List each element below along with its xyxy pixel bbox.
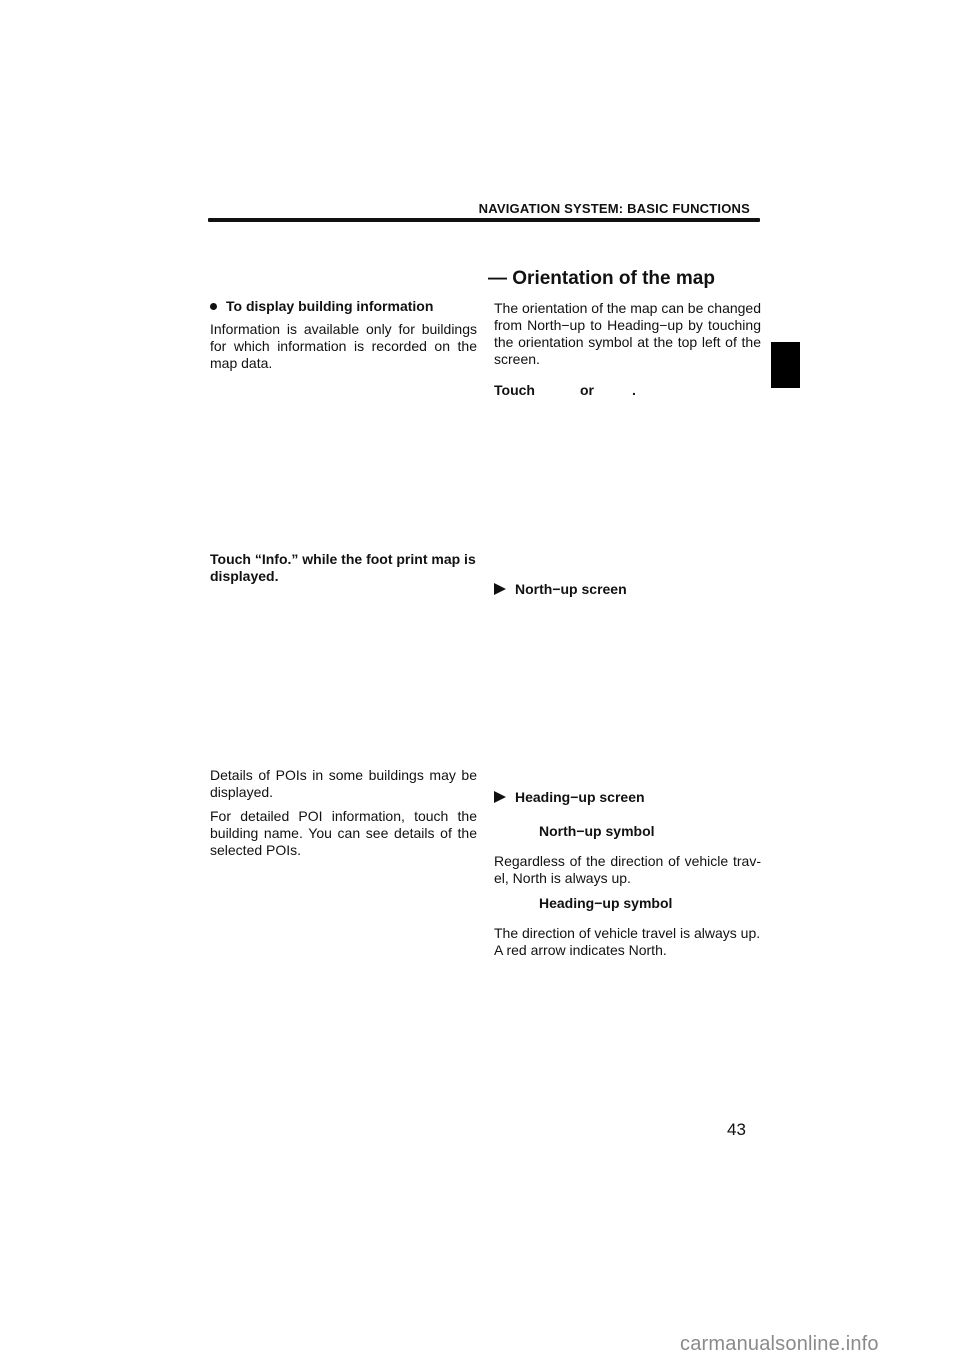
- heading-up-screen-label: Heading−up screen: [494, 789, 761, 806]
- triangle-bullet-icon: [494, 791, 506, 803]
- orientation-intro: The orientation of the map can be change…: [494, 300, 761, 368]
- info-instruction: Touch “Info.” while the foot print map i…: [210, 551, 477, 585]
- bullet-heading: To display building information: [210, 298, 477, 315]
- north-up-screen-text: North−up screen: [515, 581, 627, 597]
- north-up-screen-label: North−up screen: [494, 581, 761, 598]
- running-header: NAVIGATION SYSTEM: BASIC FUNCTIONS: [300, 201, 750, 216]
- heading-up-symbol-label: Heading−up symbol: [539, 895, 806, 912]
- section-title: — Orientation of the map: [488, 268, 715, 290]
- heading-up-description: The direction of vehicle travel is alway…: [494, 925, 761, 959]
- bullet-heading-text: To display building information: [226, 298, 433, 314]
- or-word: or: [580, 382, 632, 399]
- touch-instruction: Touchor.: [494, 382, 761, 399]
- building-info-intro: Information is available only for buildi…: [210, 321, 477, 372]
- page-number: 43: [727, 1120, 746, 1140]
- period: .: [632, 382, 636, 399]
- north-up-description: Regardless of the direction of vehicle t…: [494, 853, 761, 887]
- header-divider: [208, 218, 760, 222]
- bullet-icon: [210, 303, 217, 310]
- poi-details-note: Details of POIs in some buildings may be…: [210, 767, 477, 801]
- touch-word: Touch: [494, 382, 580, 399]
- north-up-symbol-label: North−up symbol: [539, 823, 806, 840]
- poi-detail-instruction: For detailed POI information, touch the …: [210, 808, 477, 859]
- triangle-bullet-icon: [494, 583, 506, 595]
- chapter-tab-marker: [771, 342, 800, 388]
- heading-up-screen-text: Heading−up screen: [515, 789, 645, 805]
- watermark-link[interactable]: carmanualsonline.info: [680, 1333, 879, 1356]
